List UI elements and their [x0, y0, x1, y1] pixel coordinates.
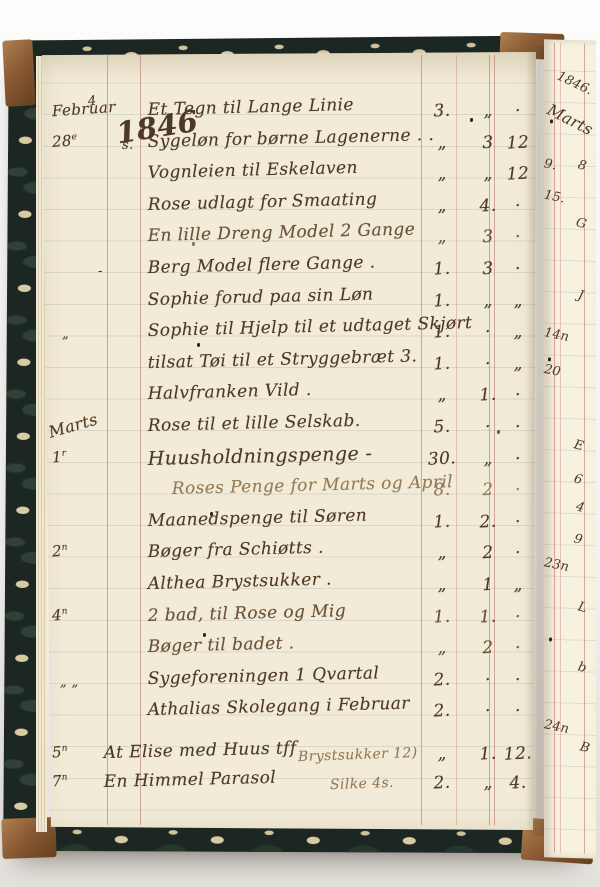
facing-margin-date: 9. [543, 156, 558, 173]
ledger-row: 7nEn Himmel ParasolSilke 4s.2.„4. [42, 772, 536, 804]
row-date: 1r [51, 447, 67, 466]
amount-rigsdaler: 2. [424, 772, 461, 794]
date-ditto-mark: „ „ [60, 675, 79, 690]
amount-rigsdaler: „ [424, 226, 461, 248]
facing-text-fragment: 6 [572, 471, 584, 488]
facing-margin-date: 23n [543, 555, 570, 575]
entry-text: 2 bad, til Rose og Mig [148, 601, 347, 626]
entry-text: Bøger til badet . [148, 634, 295, 658]
amount-rigsdaler: 1. [424, 321, 461, 343]
entry-text: Et Tegn til Lange Linie [148, 95, 355, 120]
entry-annotation: Silke 4s. [330, 774, 394, 792]
row-date: 2n [51, 542, 68, 561]
ink-speck [548, 357, 551, 361]
entry-text: Rose til et lille Selskab. [148, 411, 361, 436]
facing-margin-date: 20 [543, 362, 562, 380]
facing-text-fragment: B [578, 739, 591, 756]
facing-text-fragment: L [576, 599, 588, 616]
ledger-row: Athalias Skolegang i Februar2.·· [42, 700, 536, 732]
amount-rigsdaler: 1. [424, 258, 461, 280]
ledger-row: Althea Brystsukker .„1„ [42, 574, 536, 606]
amount-rigsdaler: 1. [424, 606, 461, 628]
amount-rigsdaler: 1. [424, 353, 461, 375]
facing-text-fragment: 8 [576, 157, 588, 174]
amount-rigsdaler: „ [424, 637, 461, 659]
entry-text: At Elise med Huus tff [104, 738, 297, 763]
facing-margin-date: 24n [543, 717, 570, 737]
amount-rigsdaler: 3. [424, 100, 461, 122]
row-date: 7n [51, 771, 68, 790]
ledger-page: 4 1846 FebruarEt Tegn til Lange Linie3.„… [42, 52, 536, 830]
facing-text-fragment: G [574, 215, 588, 232]
ledger-row: FebruarEt Tegn til Lange Linie3.„· [42, 100, 536, 132]
amount-rigsdaler: 2. [424, 700, 461, 722]
entry-text: Althea Brystsukker . [148, 570, 333, 594]
amount-rigsdaler: „ [424, 195, 461, 217]
ink-speck [550, 119, 553, 123]
amount-rigsdaler: 1. [424, 290, 461, 312]
ledger-row: MartsRose til et lille Selskab.5.·· [42, 416, 536, 448]
entry-text: En Himmel Parasol [104, 767, 277, 791]
amount-rigsdaler: 1. [424, 511, 461, 533]
amount-rigsdaler: 5. [424, 416, 461, 438]
date-ditto-mark: s. [122, 138, 134, 153]
ledger-row: Roses Penge for Marts og April8.2· [42, 479, 536, 511]
facing-fragments: 9.15.14n2023n24n8GJE649LbB [544, 39, 596, 40]
ledger-row: 5nAt Elise med Huus tffBrystsukker 12)„1… [42, 743, 536, 775]
amount-rigsdaler: „ [424, 574, 461, 596]
ledger-row: -Berg Model flere Gange .1.3· [42, 258, 536, 290]
facing-page-edge: 1846. Marts 9.15.14n2023n24n8GJE649LbB [544, 39, 596, 858]
row-date: 28e [51, 131, 78, 151]
amount-rigsdaler: „ [424, 743, 461, 765]
amount-rigsdaler: „ [424, 132, 461, 154]
row-date: 5n [51, 742, 68, 761]
entry-text: Halvfranken Vild . [148, 380, 312, 404]
ledger-row: „Sophie til Hjelp til et udtaget Skjørt1… [42, 321, 536, 353]
leather-corner-bottom-left [1, 817, 56, 859]
date-ditto-mark: - [98, 264, 103, 279]
facing-margin-date: 14n [543, 325, 570, 345]
date-ditto-mark: „ [62, 327, 69, 342]
ledger-row: Vognleien til Eskelaven„„12 [42, 163, 536, 195]
row-date: 4n [51, 605, 68, 624]
amount-rigsdaler: „ [424, 163, 461, 185]
entry-text: Huusholdningspenge - [147, 442, 372, 469]
facing-margin-date: 15. [543, 188, 566, 207]
ledger-photo: 4 1846 FebruarEt Tegn til Lange Linie3.„… [0, 0, 600, 887]
amount-rigsdaler: 30. [424, 448, 461, 470]
entry-text: Maanedspenge til Søren [148, 505, 368, 530]
facing-text-fragment: b [576, 659, 588, 676]
amount-rigsdaler: „ [424, 542, 461, 564]
ledger-row: Bøger til badet .„2· [42, 637, 536, 669]
entry-annotation: Brystsukker 12) [298, 745, 418, 765]
row-date: Februar [51, 98, 116, 120]
amount-rigsdaler: 2. [424, 669, 461, 691]
entry-text: Berg Model flere Gange . [148, 252, 376, 278]
entry-text: Bøger fra Schiøtts . [148, 538, 325, 562]
facing-text-fragment: 9 [572, 531, 584, 548]
entry-text: Vognleien til Eskelaven [148, 158, 359, 183]
amount-rigsdaler: 8. [424, 479, 461, 501]
leather-corner-top-left [2, 39, 35, 106]
ink-speck [549, 637, 552, 641]
amount-rigsdaler: „ [424, 384, 461, 406]
ledger-row: 1rHuusholdningspenge -30.„· [42, 448, 536, 480]
